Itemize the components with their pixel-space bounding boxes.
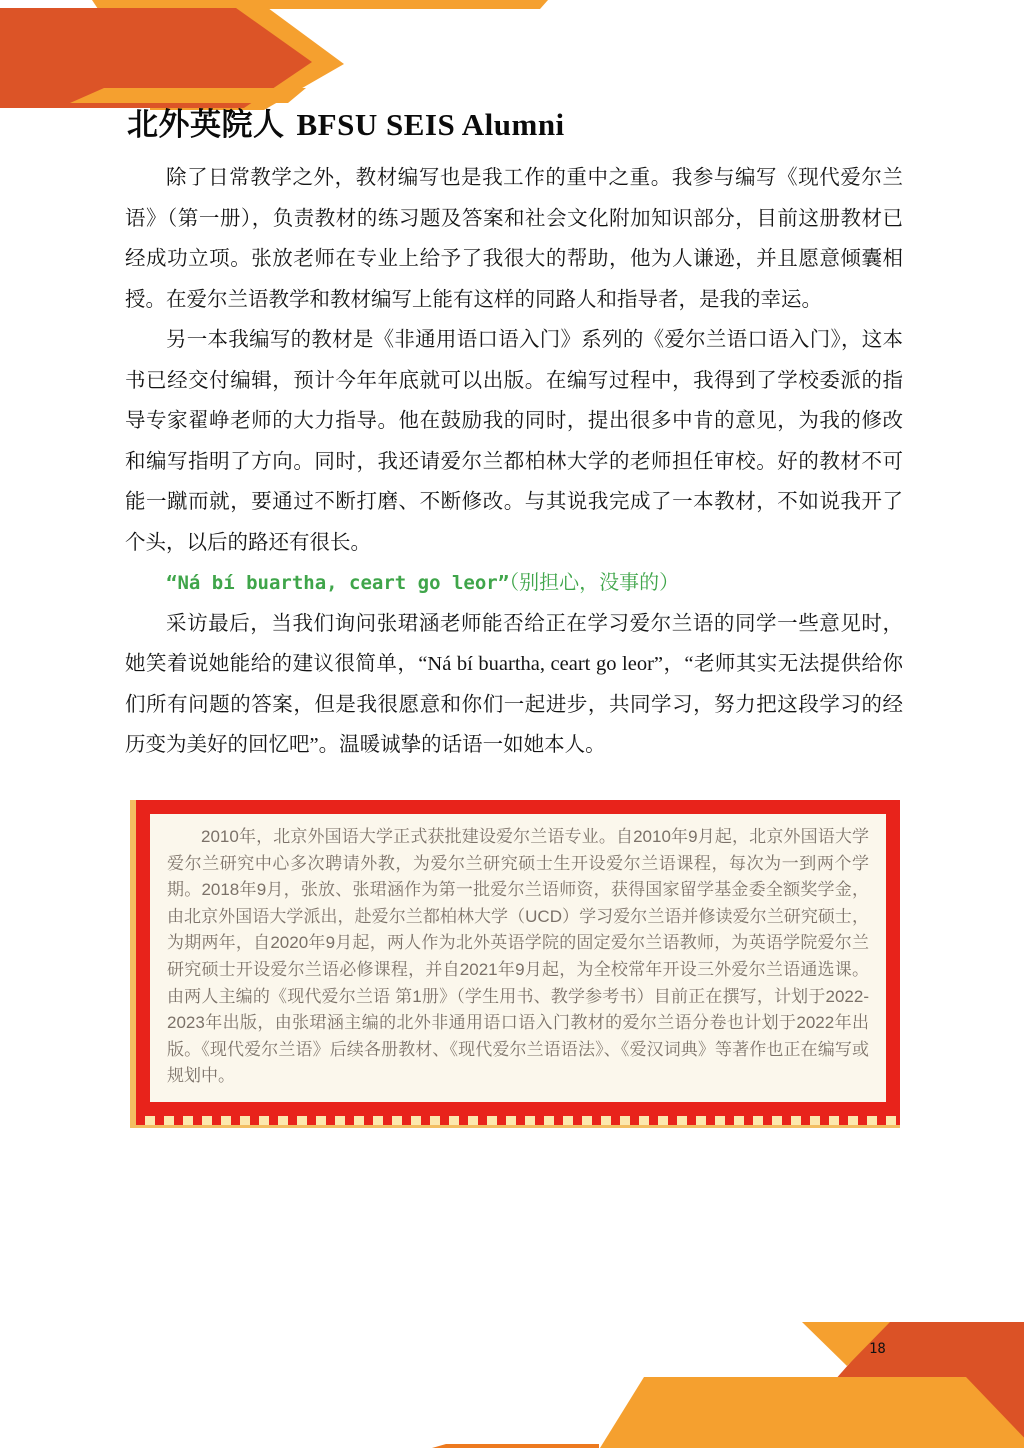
header-top-strip-shape [92, 0, 548, 9]
infobox-fringe-border [136, 1116, 900, 1125]
magazine-page: 北外英院人BFSU SEIS Alumni 除了日常教学之外，教材编写也是我工作… [0, 0, 1024, 1448]
footer-orange-strip-shape [432, 1444, 599, 1448]
footer-red-parallelogram-shape [775, 1322, 1024, 1448]
irish-quote-line: “Ná bí buartha, ceart go leor”（别担心，没事的） [125, 563, 903, 604]
infobox-text: 2010年，北京外国语大学正式获批建设爱尔兰语专业。自2010年9月起，北京外国… [150, 814, 886, 1102]
infobox: 2010年，北京外国语大学正式获批建设爱尔兰语专业。自2010年9月起，北京外国… [136, 800, 900, 1116]
article-paragraph-3: 采访最后，当我们询问张珺涵老师能否给正在学习爱尔兰语的同学一些意见时，她笑着说她… [125, 604, 903, 766]
irish-quote-text: “Ná bí buartha, ceart go leor” [166, 572, 509, 594]
article-body: 除了日常教学之外，教材编写也是我工作的重中之重。我参与编写《现代爱尔兰语》（第一… [125, 158, 903, 766]
header-red-arrow-shape [0, 8, 312, 108]
footer-decoration [0, 1288, 1024, 1448]
irish-quote-translation: （别担心，没事的） [509, 572, 679, 594]
page-title: 北外英院人BFSU SEIS Alumni [127, 99, 565, 144]
infobox-outline: 2010年，北京外国语大学正式获批建设爱尔兰语专业。自2010年9月起，北京外国… [130, 800, 900, 1128]
page-title-english: BFSU SEIS Alumni [297, 107, 565, 142]
page-number: 18 [869, 1341, 886, 1357]
header-yellow-chevron-shape [150, 8, 344, 110]
article-paragraph-2: 另一本我编写的教材是《非通用语口语入门》系列的《爱尔兰语口语入门》，这本书已经交… [125, 320, 903, 563]
page-title-chinese: 北外英院人 [127, 107, 285, 142]
footer-yellow-band-shape [600, 1377, 1024, 1448]
article-paragraph-1: 除了日常教学之外，教材编写也是我工作的重中之重。我参与编写《现代爱尔兰语》（第一… [125, 158, 903, 320]
